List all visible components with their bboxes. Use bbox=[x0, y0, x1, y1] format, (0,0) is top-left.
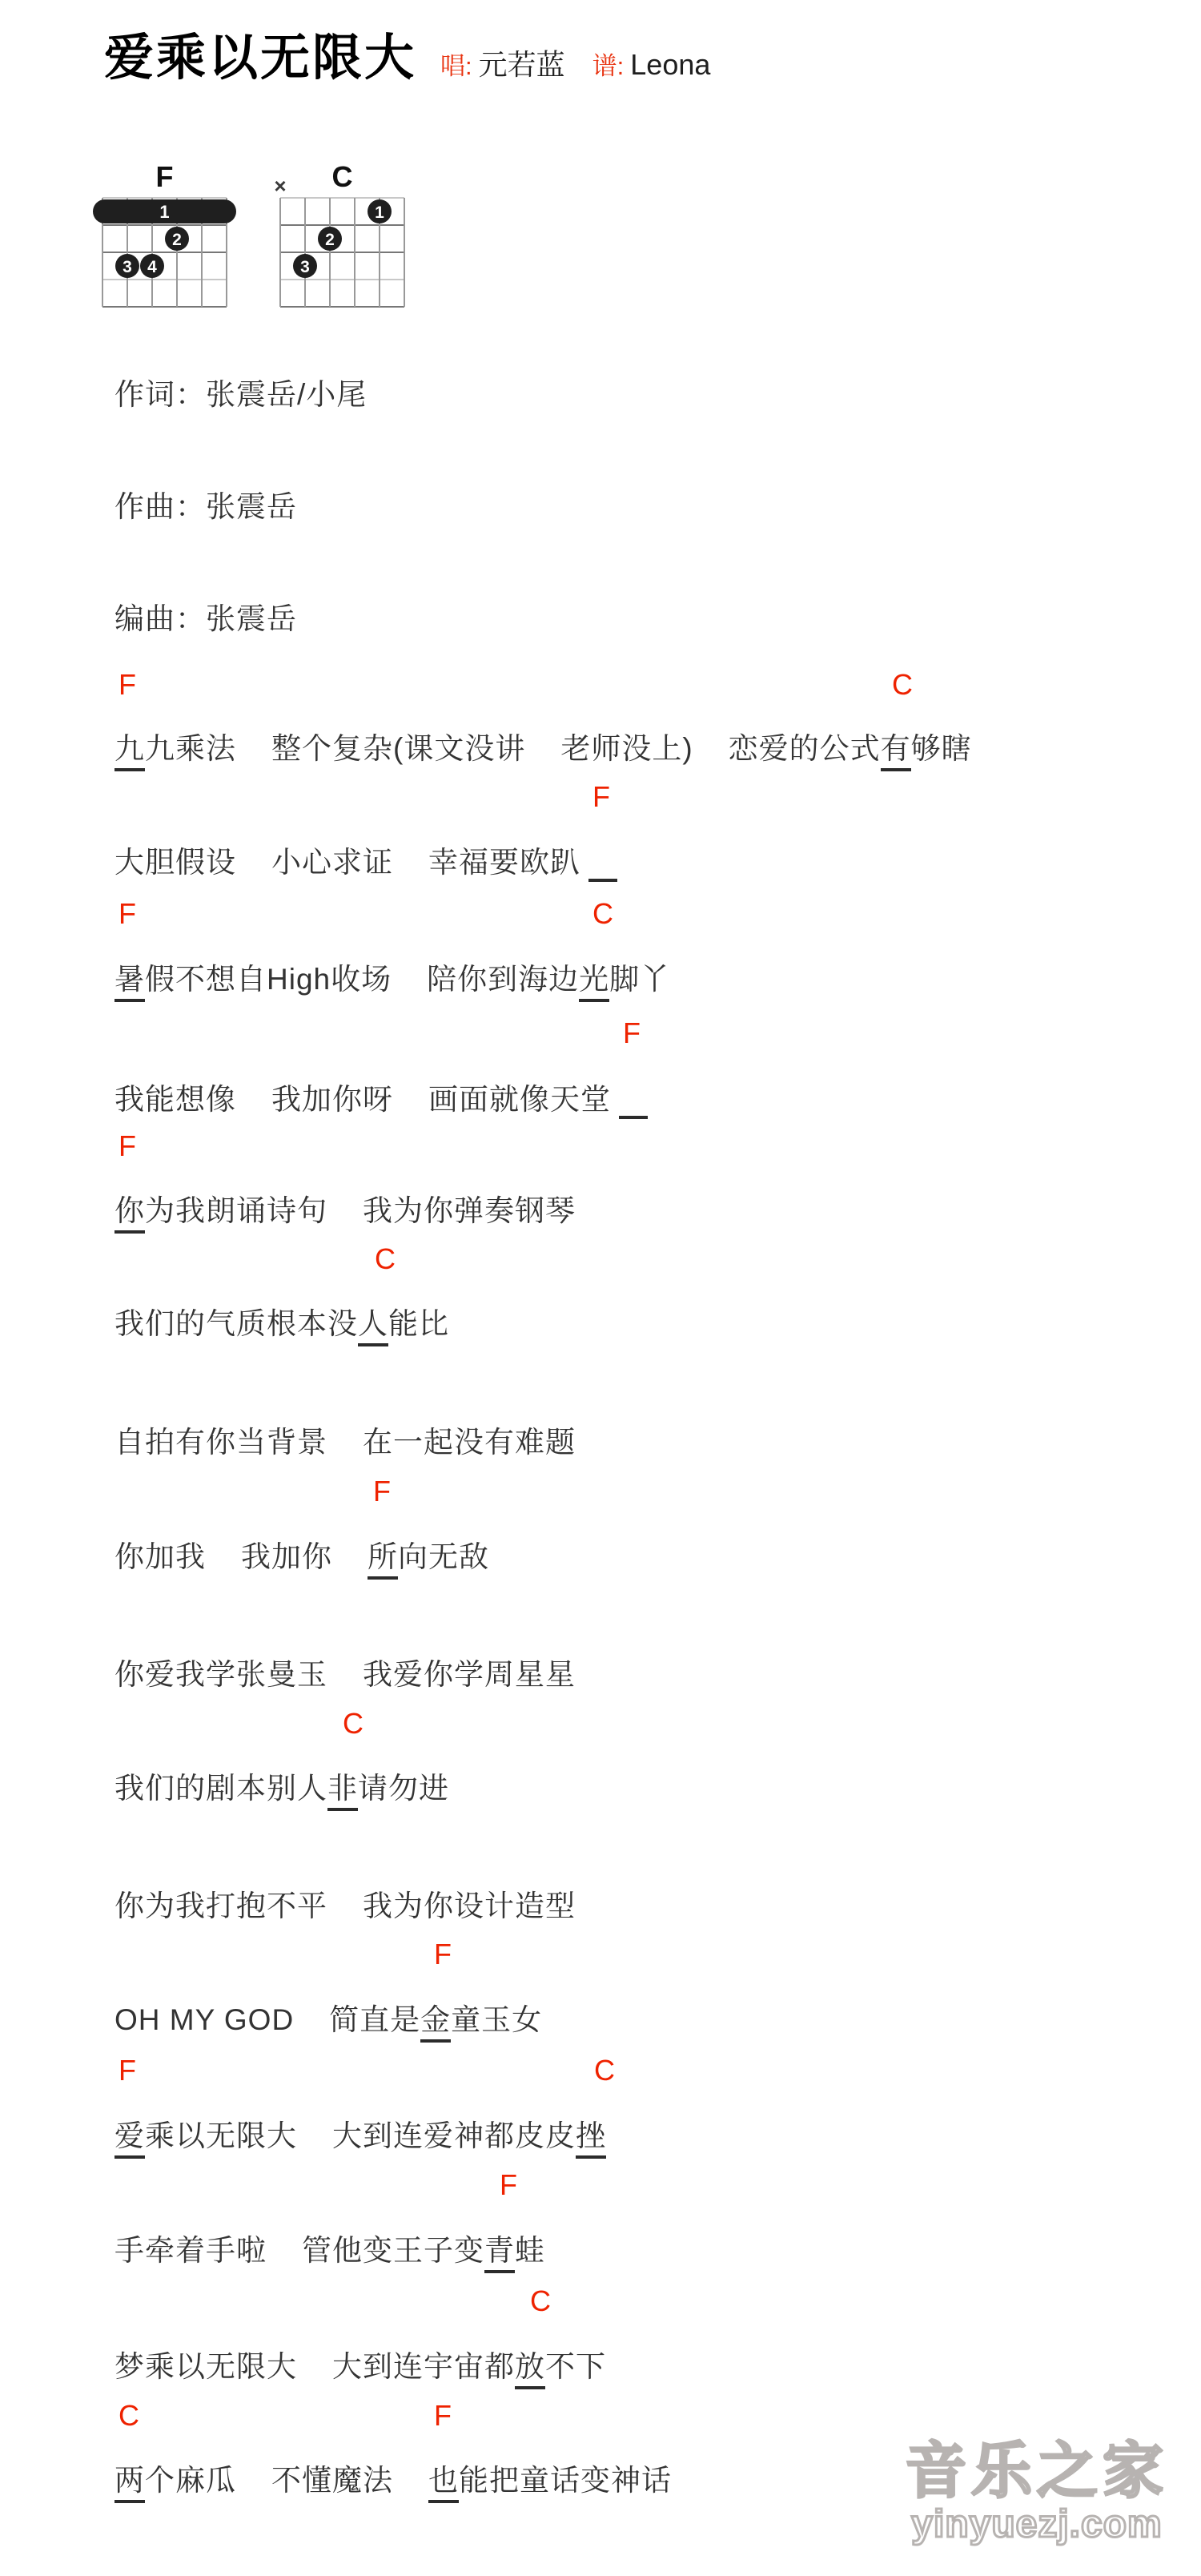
lyric-text: 梦乘以无限大 bbox=[114, 2350, 297, 2383]
lyric-text: 不懂魔法 bbox=[271, 2464, 393, 2497]
lyric-text: 整个复杂(课文没讲 bbox=[271, 732, 525, 765]
lyric-char-underlined: 所 bbox=[368, 1540, 398, 1580]
chord-symbol-c: C bbox=[375, 1242, 396, 1276]
lyric-char-underlined: 有 bbox=[881, 732, 911, 771]
svg-text:1: 1 bbox=[159, 202, 169, 222]
lyric-text: 九乘法 bbox=[145, 732, 236, 765]
lyric-text: 能把童话变神话 bbox=[459, 2464, 672, 2497]
lyric-text: 不下 bbox=[545, 2350, 606, 2383]
lyric-line: 九九乘法整个复杂(课文没讲老师没上)恋爱的公式有够瞎 bbox=[114, 724, 972, 769]
lyric-line: 梦乘以无限大大到连宇宙都放不下 bbox=[114, 2342, 606, 2387]
lyric-line: OH MY GOD简直是金童玉女 bbox=[114, 1995, 542, 2040]
lyric-text: 为我朗诵诗句 bbox=[145, 1194, 327, 1227]
lyric-text: 大到连宇宙都 bbox=[332, 2350, 515, 2383]
lyric-line: 暑假不想自High收场陪你到海边光脚丫 bbox=[114, 955, 670, 1000]
chord-line: F bbox=[0, 1016, 1201, 1061]
lyric-char-underlined: 人 bbox=[358, 1307, 388, 1346]
chord-symbol-f: F bbox=[434, 2399, 452, 2433]
svg-text:3: 3 bbox=[300, 258, 310, 276]
lyric-char-underlined: 青 bbox=[484, 2234, 515, 2273]
svg-text:2: 2 bbox=[325, 231, 335, 249]
chord-symbol-f: F bbox=[623, 1016, 641, 1050]
chord-line: F bbox=[0, 780, 1201, 825]
lyric-text: 够瞎 bbox=[911, 732, 972, 765]
lyric-text: 小心求证 bbox=[271, 846, 393, 879]
lyric-text: 乘以无限大 bbox=[145, 2119, 297, 2152]
lyric-text: 假不想自High收场 bbox=[145, 963, 392, 996]
lyric-char-underlined: 光 bbox=[579, 963, 609, 1002]
lyric-text: 向无敌 bbox=[398, 1540, 489, 1573]
page-title: 爱乘以无限大 bbox=[104, 18, 416, 89]
lyric-text: 蛙 bbox=[515, 2234, 545, 2267]
lyric-text: 老师没上) bbox=[560, 732, 693, 765]
muted-string-marker: × bbox=[274, 174, 286, 198]
svg-text:4: 4 bbox=[147, 258, 157, 276]
lyric-line: 爱乘以无限大大到连爱神都皮皮挫 bbox=[114, 2111, 606, 2156]
svg-text:1: 1 bbox=[375, 203, 384, 222]
lyric-line: 你爱我学张曼玉我爱你学周星星 bbox=[114, 1650, 576, 1695]
lyric-text: 请勿进 bbox=[358, 1772, 449, 1805]
chord-symbol-c: C bbox=[594, 2054, 615, 2087]
credit-line: 作词：张震岳/小尾 bbox=[114, 370, 367, 415]
lyric-text: 我加你 bbox=[241, 1540, 332, 1573]
svg-text:3: 3 bbox=[123, 258, 132, 276]
chord-line: FC bbox=[0, 897, 1201, 942]
lyric-text: 幸福要欧趴 bbox=[428, 846, 580, 879]
lyric-char-underlined: 九 bbox=[114, 732, 145, 771]
chord-symbol-c: C bbox=[118, 2399, 139, 2433]
chord-line: C bbox=[0, 2284, 1201, 2329]
lyric-text: 在一起没有难题 bbox=[363, 1426, 576, 1459]
chord-symbol-f: F bbox=[118, 1129, 136, 1163]
lyric-char-underlined: 你 bbox=[114, 1194, 145, 1234]
chord-symbol-f: F bbox=[118, 668, 136, 702]
chord-diagram-f: F1234 bbox=[91, 156, 243, 318]
lyric-line: 你为我朗诵诗句我为你弹奏钢琴 bbox=[114, 1186, 576, 1231]
lyric-text: 脚丫 bbox=[609, 963, 670, 996]
lyric-text: 手牵着手啦 bbox=[114, 2234, 267, 2267]
chord-symbol-c: C bbox=[530, 2284, 551, 2318]
chord-diagram-c: C×123 bbox=[269, 156, 421, 318]
lyric-line: 两个麻瓜不懂魔法也能把童话变神话 bbox=[114, 2456, 672, 2501]
lyric-text: 恋爱的公式 bbox=[729, 732, 881, 765]
chord-line: FC bbox=[0, 668, 1201, 713]
credit-line: 编曲：张震岳 bbox=[114, 594, 297, 639]
chord-symbol-f: F bbox=[118, 2054, 136, 2087]
chord-line: C bbox=[0, 1242, 1201, 1287]
lyric-text: OH MY GOD bbox=[114, 2003, 294, 2036]
lyric-char-underlined: 放 bbox=[515, 2350, 545, 2389]
lyric-text: 我爱你学周星星 bbox=[363, 1658, 576, 1691]
lyric-text: 我能想像 bbox=[114, 1083, 236, 1116]
chord-line: F bbox=[0, 2168, 1201, 2213]
lyric-text: 管他变王子变 bbox=[302, 2234, 484, 2267]
lyric-line: 自拍有你当背景在一起没有难题 bbox=[114, 1418, 576, 1463]
lyric-line: 我们的剧本别人非请勿进 bbox=[114, 1764, 449, 1809]
lyric-char-underlined: 两 bbox=[114, 2464, 145, 2503]
chord-line: F bbox=[0, 1129, 1201, 1174]
chord-symbol-f: F bbox=[373, 1475, 391, 1508]
lyric-line: 你加我我加你所向无敌 bbox=[114, 1532, 489, 1577]
lyric-text: 我为你弹奏钢琴 bbox=[363, 1194, 576, 1227]
chord-symbol-f: F bbox=[118, 897, 136, 931]
lyric-line: 我们的气质根本没人能比 bbox=[114, 1299, 449, 1344]
lyric-line: 大胆假设小心求证幸福要欧趴 bbox=[114, 838, 617, 883]
lyric-text: 画面就像天堂 bbox=[428, 1083, 611, 1116]
chord-sheet-page: 爱乘以无限大 唱: 元若蓝 谱: Leona F1234C×123 作词：张震岳… bbox=[0, 0, 1201, 2576]
lyric-text: 我为你设计造型 bbox=[363, 1890, 576, 1922]
lyric-char-underlined: 也 bbox=[428, 2464, 459, 2503]
svg-text:2: 2 bbox=[172, 231, 182, 249]
transcriber-label: 谱: bbox=[592, 46, 625, 82]
sustain-underline bbox=[588, 855, 617, 882]
lyric-line: 手牵着手啦管他变王子变青蛙 bbox=[114, 2226, 545, 2271]
lyric-text: 能比 bbox=[388, 1307, 449, 1340]
chord-symbol-c: C bbox=[343, 1707, 364, 1741]
lyric-line: 我能想像我加你呀画面就像天堂 bbox=[114, 1075, 648, 1120]
chord-line: F bbox=[0, 1475, 1201, 1519]
chord-line: FC bbox=[0, 2054, 1201, 2099]
chord-symbol-c: C bbox=[592, 897, 613, 931]
watermark-domain-text: yinyuezj.com bbox=[885, 2506, 1189, 2544]
lyric-text: 简直是 bbox=[329, 2003, 420, 2036]
lyric-char-underlined: 挫 bbox=[576, 2119, 606, 2159]
chord-symbol-f: F bbox=[434, 1938, 452, 1971]
chord-symbol-f: F bbox=[500, 2168, 517, 2202]
lyric-text: 我们的气质根本没 bbox=[114, 1307, 358, 1340]
lyric-text: 你加我 bbox=[114, 1540, 206, 1573]
lyric-text: 个麻瓜 bbox=[145, 2464, 236, 2497]
transcriber-name: Leona bbox=[630, 48, 710, 82]
chord-diagram-label: F bbox=[156, 160, 174, 193]
performer-label: 唱: bbox=[440, 46, 472, 82]
lyric-text: 你为我打抱不平 bbox=[114, 1890, 327, 1922]
lyric-text: 大到连爱神都皮皮 bbox=[332, 2119, 576, 2152]
lyric-line: 你为我打抱不平我为你设计造型 bbox=[114, 1882, 576, 1926]
chord-line: C bbox=[0, 1707, 1201, 1752]
lyric-char-underlined: 爱 bbox=[114, 2119, 145, 2159]
lyric-text: 我加你呀 bbox=[271, 1083, 393, 1116]
lyric-text: 陪你到海边 bbox=[427, 963, 579, 996]
lyric-text: 童玉女 bbox=[451, 2003, 542, 2036]
site-watermark: 音乐之家 yinyuezj.com bbox=[885, 2441, 1189, 2544]
watermark-logo-text: 音乐之家 bbox=[885, 2441, 1189, 2502]
lyric-text: 你爱我学张曼玉 bbox=[114, 1658, 327, 1691]
lyric-char-underlined: 非 bbox=[327, 1772, 358, 1811]
lyric-text: 大胆假设 bbox=[114, 846, 236, 879]
performer-name: 元若蓝 bbox=[479, 42, 565, 83]
song-header: 爱乘以无限大 唱: 元若蓝 谱: Leona bbox=[104, 18, 710, 89]
sustain-underline bbox=[619, 1092, 648, 1119]
chord-diagram-label: C bbox=[332, 160, 353, 193]
chord-symbol-c: C bbox=[892, 668, 913, 702]
lyric-char-underlined: 金 bbox=[420, 2003, 451, 2043]
chord-symbol-f: F bbox=[592, 780, 610, 814]
credit-line: 作曲：张震岳 bbox=[114, 482, 297, 527]
lyric-text: 自拍有你当背景 bbox=[114, 1426, 327, 1459]
chord-line: F bbox=[0, 1938, 1201, 1982]
lyric-char-underlined: 暑 bbox=[114, 963, 145, 1002]
lyric-text: 我们的剧本别人 bbox=[114, 1772, 327, 1805]
